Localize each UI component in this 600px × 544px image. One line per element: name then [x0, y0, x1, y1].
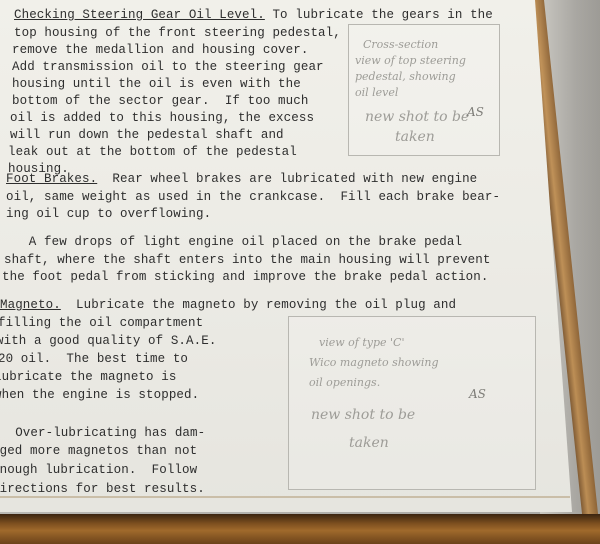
wooden-frame	[0, 514, 600, 544]
handwritten-instruction: taken	[395, 127, 435, 147]
photo-placeholder-steering: Cross-section view of top steering pedes…	[348, 24, 500, 156]
page-bottom-stain	[0, 496, 570, 498]
magneto-line: 20 oil. The best time to	[0, 350, 188, 368]
magneto-line: Over-lubricating has dam-	[0, 424, 205, 442]
handwritten-note-line: oil level	[355, 85, 398, 101]
magneto-heading: Magneto.	[0, 298, 61, 312]
magneto-line: enough lubrication. Follow	[0, 461, 197, 479]
handwritten-note-line: Cross-section	[363, 37, 438, 53]
handwritten-instruction: new shot to be	[365, 107, 469, 127]
foot-brakes-heading: Foot Brakes.	[6, 172, 97, 186]
steering-line: housing until the oil is even with the	[12, 75, 301, 93]
handwritten-note-line: view of top steering	[355, 53, 466, 69]
steering-line: oil is added to this housing, the excess	[10, 109, 314, 127]
handwritten-note-line: Wico magneto showing	[309, 355, 439, 371]
handwritten-note-line: oil openings.	[309, 375, 380, 391]
magneto-line: when the engine is stopped.	[0, 386, 199, 404]
initials-mark: AS	[467, 105, 484, 119]
steering-line: will run down the pedestal shaft and	[10, 126, 284, 144]
magneto-line: with a good quality of S.A.E.	[0, 332, 216, 350]
steering-line: Add transmission oil to the steering gea…	[12, 58, 324, 76]
handwritten-instruction: taken	[349, 433, 389, 453]
initials-mark: AS	[469, 387, 486, 401]
foot-brakes-first-line: Foot Brakes. Rear wheel brakes are lubri…	[6, 170, 477, 188]
foot-brakes-line: ing oil cup to overflowing.	[6, 205, 211, 223]
photo-placeholder-magneto: view of type 'C' Wico magneto showing oi…	[288, 316, 536, 490]
foot-brakes-line: the foot pedal from sticking and improve…	[2, 268, 488, 286]
steering-line: leak out at the bottom of the pedestal	[8, 143, 297, 161]
steering-line: remove the medallion and housing cover.	[12, 41, 308, 59]
steering-line: bottom of the sector gear. If too much	[12, 92, 308, 110]
manual-page: Lube. Checking Steering Gear Oil Level. …	[0, 0, 572, 512]
magneto-first-line: Magneto. Lubricate the magneto by removi…	[0, 296, 456, 314]
steering-first-line: Checking Steering Gear Oil Level. To lub…	[14, 6, 493, 24]
foot-brakes-line: oil, same weight as used in the crankcas…	[6, 188, 500, 206]
handwritten-note-line: view of type 'C'	[319, 335, 405, 351]
handwritten-instruction: new shot to be	[311, 405, 415, 425]
foot-brakes-line: Rear wheel brakes are lubricated with ne…	[97, 172, 477, 186]
magneto-line: aged more magnetos than not	[0, 442, 197, 460]
steering-heading: Checking Steering Gear Oil Level.	[14, 8, 265, 22]
steering-line: To lubricate the gears in the	[265, 8, 493, 22]
magneto-line: Lubricate the magneto by removing the oi…	[61, 298, 456, 312]
steering-line: top housing of the front steering pedest…	[14, 24, 341, 42]
magneto-line: filling the oil compartment	[0, 314, 203, 332]
magneto-line: lubricate the magneto is	[0, 368, 176, 386]
handwritten-note-line: pedestal, showing	[355, 69, 456, 85]
foot-brakes-line: A few drops of light engine oil placed o…	[6, 233, 462, 251]
foot-brakes-line: shaft, where the shaft enters into the m…	[4, 251, 490, 269]
